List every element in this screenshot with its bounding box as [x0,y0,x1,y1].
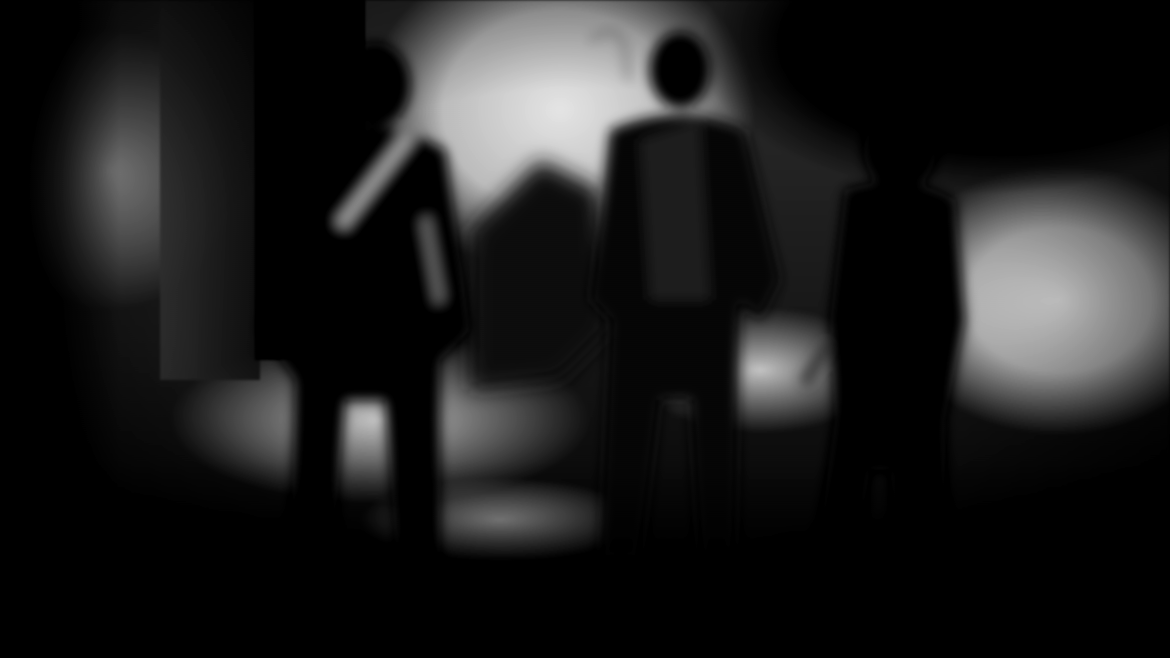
film-still: Grainy black-and-white film still: three… [0,0,1170,658]
vignette [0,0,1170,658]
